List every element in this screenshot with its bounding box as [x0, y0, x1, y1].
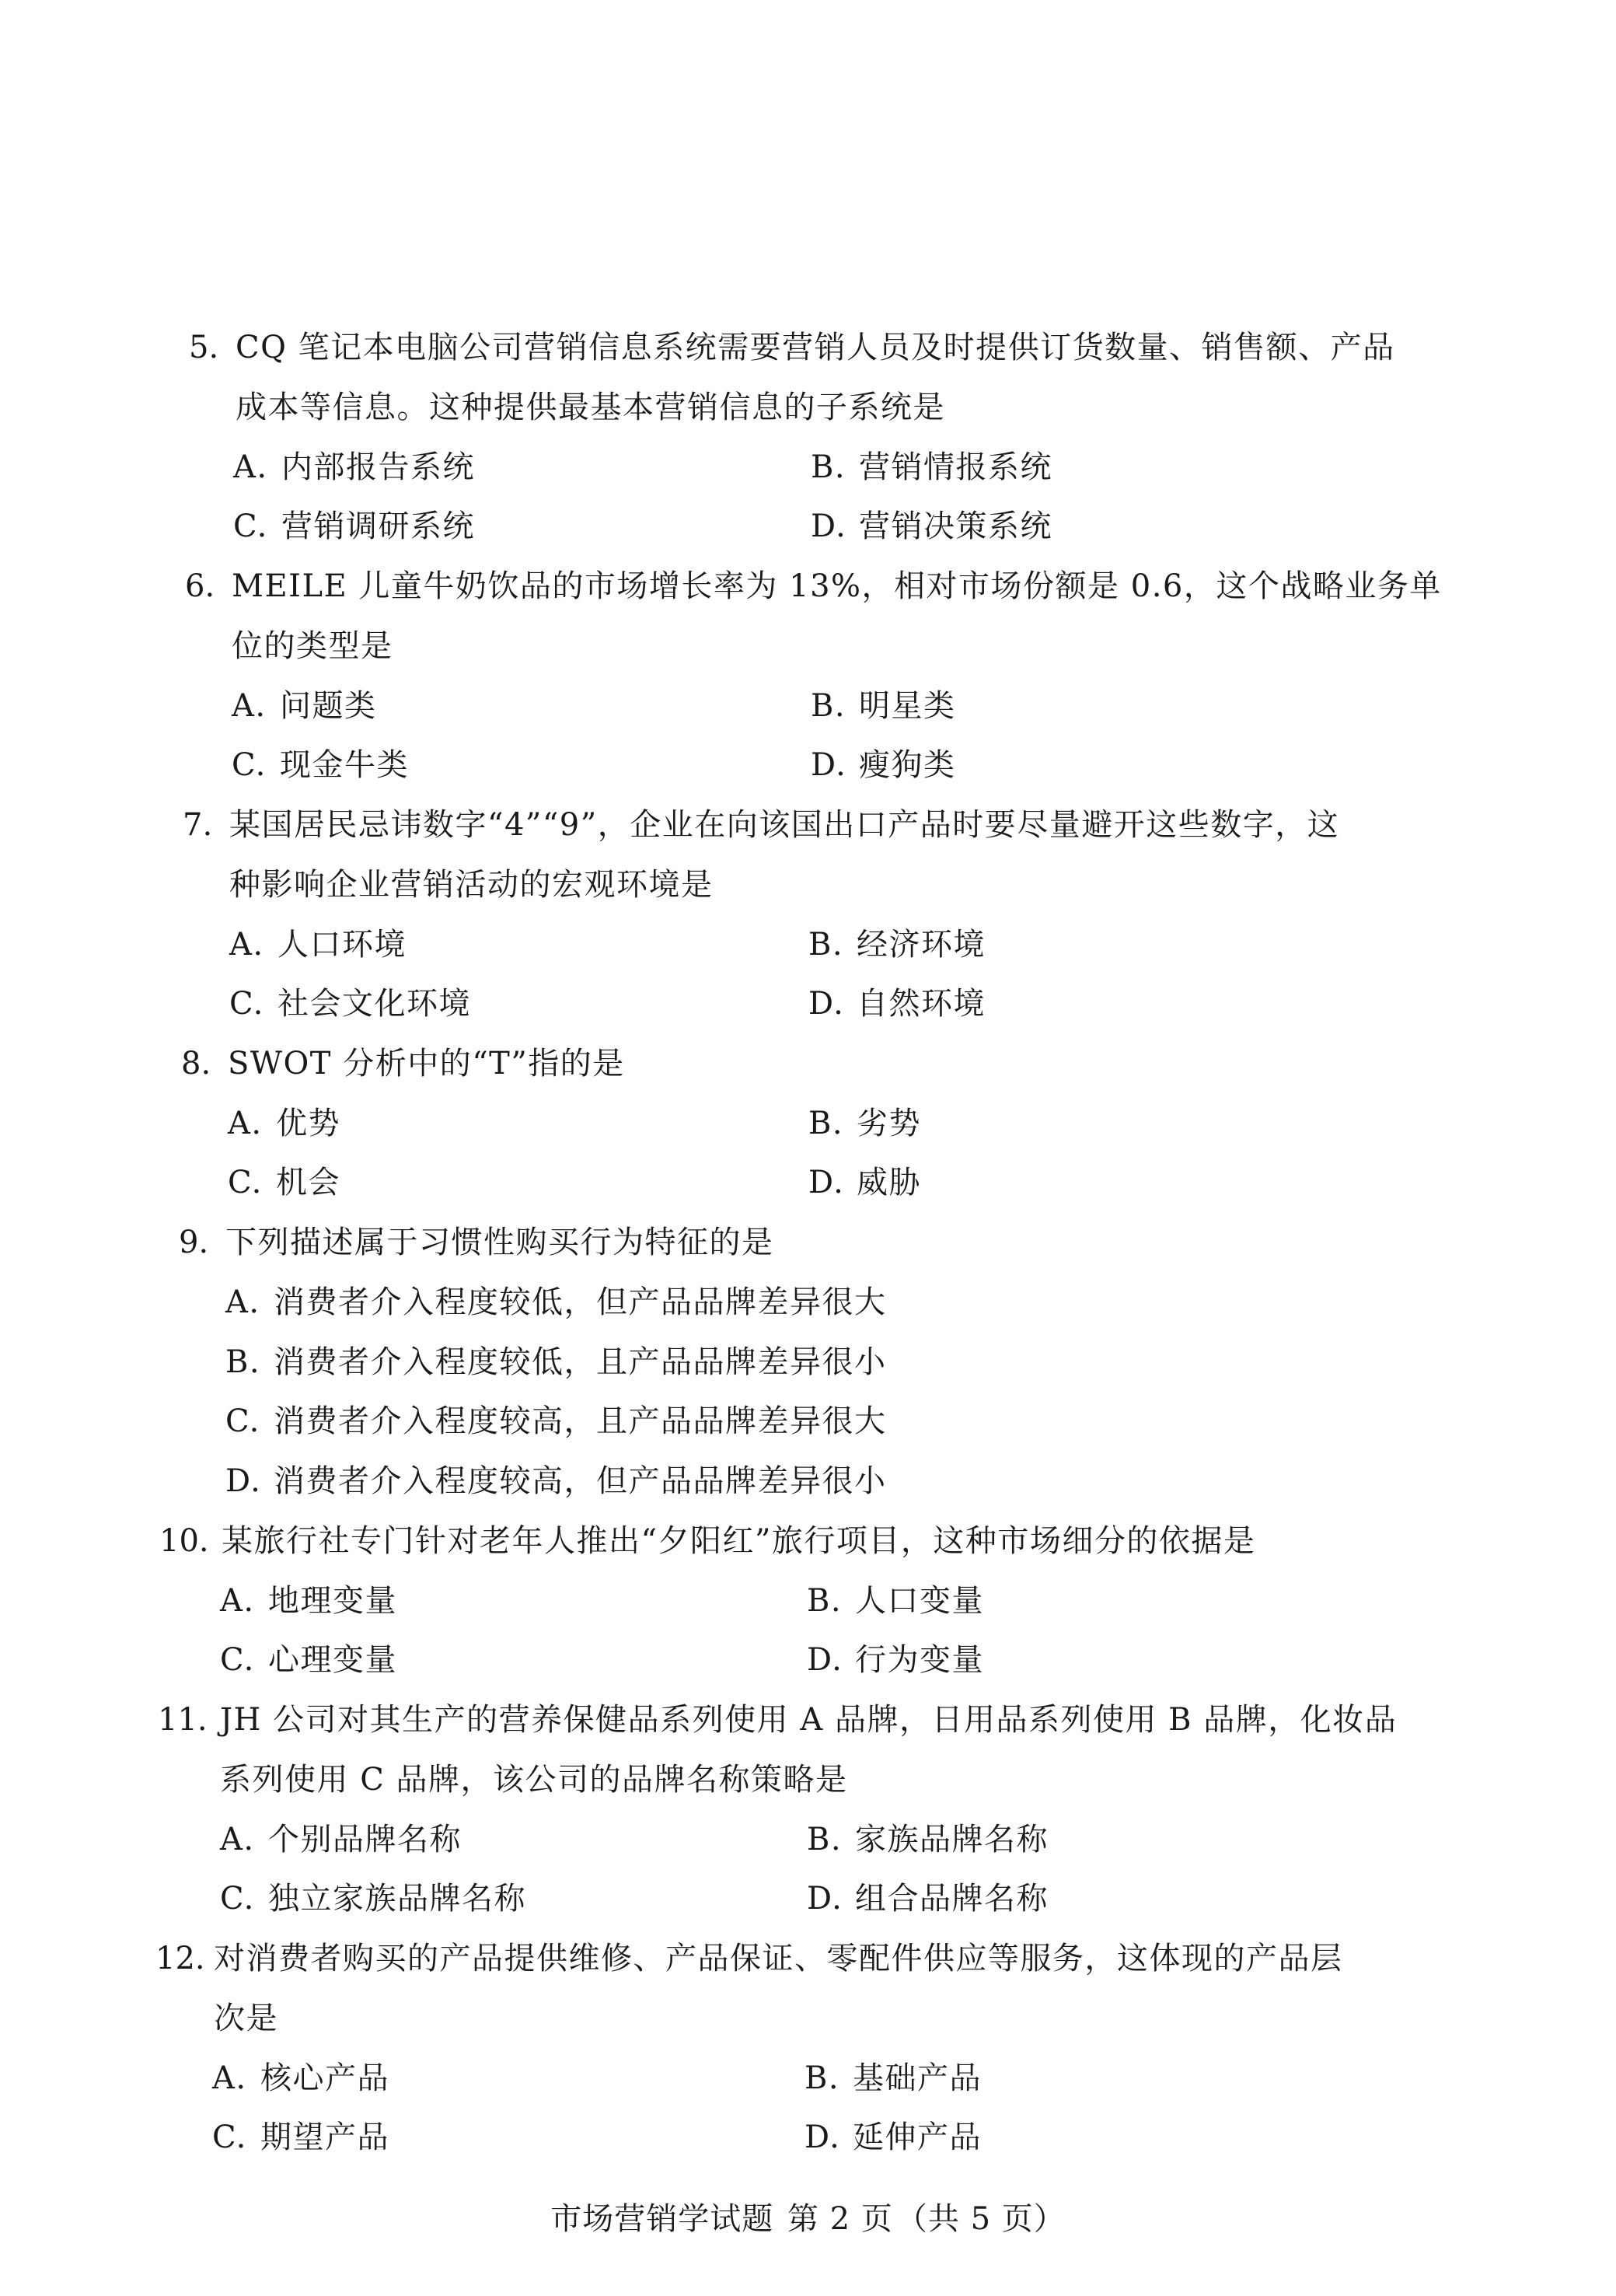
option-text: 现金牛类 [280, 747, 409, 783]
option-a: A.人口环境 [229, 923, 407, 966]
option-label: B. [811, 446, 859, 489]
question-number: 11. [158, 1698, 208, 1742]
option-c: C.社会文化环境 [229, 982, 471, 1026]
option-label: A. [212, 2057, 260, 2100]
option-c: C.营销调研系统 [233, 505, 475, 548]
question-text-line: 位的类型是 [232, 624, 393, 668]
option-b: B.家族品牌名称 [807, 1818, 1049, 1861]
option-d: D.自然环境 [808, 982, 986, 1026]
question-text-line: CQ 笔记本电脑公司营销信息系统需要营销人员及时提供订货数量、销售额、产品 [236, 326, 1395, 369]
option-text: 人口变量 [855, 1583, 984, 1619]
option-text: 社会文化环境 [277, 986, 471, 1022]
footer-page-total: （共 5 页） [896, 2201, 1066, 2237]
option-text: 威胁 [857, 1165, 921, 1200]
question-text-line: 成本等信息。这种提供最基本营销信息的子系统是 [236, 386, 945, 429]
question-text-line: 下列描述属于习惯性购买行为特征的是 [225, 1221, 774, 1264]
option-text: 内部报告系统 [281, 449, 475, 485]
option-label: C. [225, 1400, 274, 1443]
option-label: C. [220, 1877, 268, 1920]
option-text: 心理变量 [268, 1642, 397, 1678]
question-number: 12. [155, 1937, 205, 1980]
option-label: D. [807, 1877, 855, 1920]
option-text: 营销调研系统 [281, 508, 475, 544]
option-label: B. [808, 1102, 857, 1145]
option-text: 劣势 [857, 1106, 921, 1141]
option-text: 营销情报系统 [859, 449, 1052, 485]
question-number: 7. [183, 803, 212, 847]
option-c: C.消费者介入程度较高，且产品品牌差异很大 [225, 1400, 887, 1443]
option-d: D.营销决策系统 [811, 505, 1052, 548]
option-label: D. [808, 982, 857, 1026]
option-a: A.问题类 [232, 684, 377, 728]
option-label: A. [225, 1281, 274, 1324]
option-b: B.消费者介入程度较低，且产品品牌差异很小 [225, 1340, 887, 1384]
option-b: B.基础产品 [805, 2057, 982, 2100]
option-d: D.延伸产品 [805, 2116, 982, 2159]
question-text-line: 种影响企业营销活动的宏观环境是 [229, 863, 714, 907]
option-a: A.地理变量 [220, 1579, 397, 1623]
option-label: A. [220, 1579, 268, 1623]
option-label: C. [212, 2116, 260, 2159]
question-text-line: MEILE 儿童牛奶饮品的市场增长率为 13%，相对市场份额是 0.6，这个战略… [232, 564, 1442, 608]
option-c: C.现金牛类 [232, 743, 409, 787]
option-label: B. [805, 2057, 853, 2100]
option-d: D.瘦狗类 [811, 743, 956, 787]
question-text-line: JH 公司对其生产的营养保健品系列使用 A 品牌，日用品系列使用 B 品牌，化妆… [220, 1698, 1397, 1742]
option-d: D.组合品牌名称 [807, 1877, 1049, 1920]
page-footer: 市场营销学试题 第 2 页（共 5 页） [0, 2197, 1616, 2241]
option-b: B.人口变量 [807, 1579, 984, 1623]
question-text-line: 某国居民忌讳数字“4”“9”，企业在向该国出口产品时要尽量避开这些数字，这 [229, 803, 1339, 847]
option-label: A. [229, 923, 277, 966]
option-a: A.个别品牌名称 [220, 1818, 462, 1861]
option-text: 基础产品 [853, 2060, 982, 2096]
option-a: A.内部报告系统 [233, 446, 475, 489]
option-label: B. [807, 1579, 855, 1623]
option-text: 组合品牌名称 [855, 1881, 1049, 1917]
option-text: 自然环境 [857, 986, 986, 1022]
option-d: D.行为变量 [807, 1638, 984, 1682]
option-label: C. [232, 743, 280, 787]
option-text: 期望产品 [260, 2120, 389, 2155]
question-text-line: 系列使用 C 品牌，该公司的品牌名称策略是 [220, 1758, 848, 1802]
question-number: 8. [181, 1042, 211, 1085]
option-b: B.营销情报系统 [811, 446, 1052, 489]
option-text: 瘦狗类 [859, 747, 956, 783]
option-c: C.心理变量 [220, 1638, 397, 1682]
question-text-line: 某旅行社专门针对老年人推出“夕阳红”旅行项目，这种市场细分的依据是 [222, 1519, 1255, 1563]
option-text: 消费者介入程度较高，但产品品牌差异很小 [274, 1463, 887, 1499]
option-b: B.明星类 [811, 684, 956, 728]
option-a: A.消费者介入程度较低，但产品品牌差异很大 [225, 1281, 887, 1324]
option-label: A. [232, 684, 280, 728]
option-a: A.优势 [228, 1102, 340, 1145]
option-label: C. [233, 505, 281, 548]
option-label: A. [228, 1102, 276, 1145]
option-text: 核心产品 [260, 2060, 389, 2096]
option-label: D. [811, 505, 859, 548]
option-b: B.经济环境 [808, 923, 986, 966]
option-text: 地理变量 [268, 1583, 397, 1619]
option-label: C. [229, 982, 277, 1026]
option-c: C.机会 [228, 1161, 340, 1204]
option-text: 问题类 [280, 688, 377, 724]
option-b: B.劣势 [808, 1102, 921, 1145]
footer-subject: 市场营销学试题 [550, 2201, 773, 2237]
option-text: 经济环境 [857, 927, 986, 963]
question-text-line: 对消费者购买的产品提供维修、产品保证、零配件供应等服务，这体现的产品层 [214, 1937, 1343, 1980]
option-d: D.威胁 [808, 1161, 921, 1204]
question-number: 6. [185, 564, 215, 608]
option-text: 行为变量 [855, 1642, 984, 1678]
option-label: D. [811, 743, 859, 787]
option-text: 优势 [276, 1106, 340, 1141]
option-c: C.期望产品 [212, 2116, 389, 2159]
exam-page: 5. CQ 笔记本电脑公司营销信息系统需要营销人员及时提供订货数量、销售额、产品… [0, 0, 1616, 2296]
footer-page-number: 第 2 页 [787, 2201, 893, 2237]
option-text: 家族品牌名称 [855, 1822, 1049, 1857]
option-label: B. [808, 923, 857, 966]
option-label: C. [228, 1161, 276, 1204]
question-text-line: SWOT 分析中的“T”指的是 [228, 1042, 625, 1085]
option-label: B. [807, 1818, 855, 1861]
option-label: D. [807, 1638, 855, 1682]
option-label: B. [225, 1340, 274, 1384]
option-label: D. [808, 1161, 857, 1204]
option-d: D.消费者介入程度较高，但产品品牌差异很小 [225, 1459, 887, 1503]
option-label: D. [225, 1459, 274, 1503]
option-text: 消费者介入程度较高，且产品品牌差异很大 [274, 1403, 887, 1439]
option-a: A.核心产品 [212, 2057, 389, 2100]
option-text: 延伸产品 [853, 2120, 982, 2155]
question-number: 9. [179, 1221, 208, 1264]
option-label: B. [811, 684, 859, 728]
option-text: 机会 [276, 1165, 340, 1200]
option-label: C. [220, 1638, 268, 1682]
question-number: 5. [189, 326, 218, 369]
question-text-line: 次是 [214, 1997, 278, 2040]
question-number: 10. [159, 1519, 209, 1563]
option-text: 营销决策系统 [859, 508, 1052, 544]
option-text: 消费者介入程度较低，且产品品牌差异很小 [274, 1344, 887, 1380]
option-text: 消费者介入程度较低，但产品品牌差异很大 [274, 1284, 887, 1320]
option-text: 个别品牌名称 [268, 1822, 462, 1857]
option-label: A. [233, 446, 281, 489]
option-text: 人口环境 [277, 927, 407, 963]
option-c: C.独立家族品牌名称 [220, 1877, 526, 1920]
option-text: 明星类 [859, 688, 956, 724]
option-label: A. [220, 1818, 268, 1861]
option-text: 独立家族品牌名称 [268, 1881, 526, 1917]
option-label: D. [805, 2116, 853, 2159]
